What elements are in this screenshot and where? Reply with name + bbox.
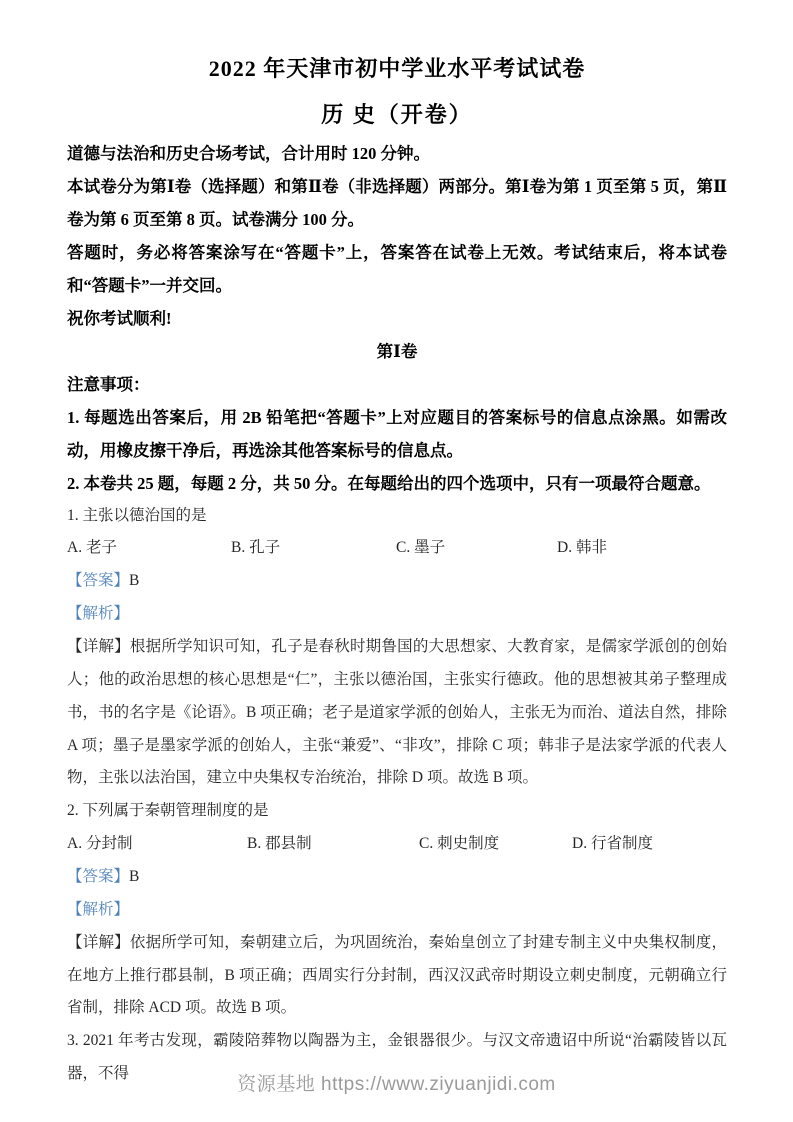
page-title: 2022 年天津市初中学业水平考试试卷 <box>67 54 727 85</box>
detail-text: 根据所学知识可知，孔子是春秋时期鲁国的大思想家、大教育家，是儒家学派创的创始人；… <box>67 638 727 786</box>
answer-line: 【答案】B <box>67 565 727 598</box>
option-c: C. 刺史制度 <box>419 828 572 861</box>
options-row: A. 老子 B. 孔子 C. 墨子 D. 韩非 <box>67 532 727 565</box>
detail-label: 【详解】 <box>67 934 130 951</box>
answer-line: 【答案】B <box>67 861 727 894</box>
question-stem: 1. 主张以德治国的是 <box>67 500 727 533</box>
option-b: B. 郡县制 <box>247 828 419 861</box>
intro-paragraph-exam-time: 道德与法治和历史合场考试，合计用时 120 分钟。 <box>67 137 727 170</box>
notice-item-2: 2. 本卷共 25 题，每题 2 分，共 50 分。在每题给出的四个选项中，只有… <box>67 467 727 500</box>
intro-paragraph-structure: 本试卷分为第Ⅰ卷（选择题）和第Ⅱ卷（非选择题）两部分。第Ⅰ卷为第 1 页至第 5… <box>67 170 727 236</box>
intro-paragraph-answer-sheet: 答题时，务必将答案涂写在“答题卡”上，答案答在试卷上无效。考试结束后，将本试卷和… <box>67 236 727 302</box>
option-a: A. 分封制 <box>67 828 247 861</box>
analysis-label: 【解析】 <box>67 901 129 918</box>
page-subtitle: 历 史（开卷） <box>67 100 727 131</box>
options-row: A. 分封制 B. 郡县制 C. 刺史制度 D. 行省制度 <box>67 828 727 861</box>
detail-paragraph: 【详解】根据所学知识可知，孔子是春秋时期鲁国的大思想家、大教育家，是儒家学派创的… <box>67 631 727 795</box>
answer-label: 【答案】 <box>67 572 129 589</box>
detail-paragraph: 【详解】依据所学可知，秦朝建立后，为巩固统治，秦始皇创立了封建专制主义中央集权制… <box>67 927 727 1026</box>
question-block-1: 1. 主张以德治国的是 A. 老子 B. 孔子 C. 墨子 D. 韩非 【答案】… <box>67 500 727 796</box>
notice-heading: 注意事项： <box>67 368 727 401</box>
question-stem: 2. 下列属于秦朝管理制度的是 <box>67 795 727 828</box>
section-heading-volume-1: 第Ⅰ卷 <box>67 335 727 368</box>
intro-paragraph-good-luck: 祝你考试顺利! <box>67 302 727 335</box>
question-block-2: 2. 下列属于秦朝管理制度的是 A. 分封制 B. 郡县制 C. 刺史制度 D.… <box>67 795 727 1025</box>
notice-item-1: 1. 每题选出答案后，用 2B 铅笔把“答题卡”上对应题目的答案标号的信息点涂黑… <box>67 401 727 467</box>
analysis-line: 【解析】 <box>67 894 727 927</box>
option-d: D. 韩非 <box>557 532 727 565</box>
exam-paper-page: 2022 年天津市初中学业水平考试试卷 历 史（开卷） 道德与法治和历史合场考试… <box>0 0 793 1122</box>
option-d: D. 行省制度 <box>572 828 727 861</box>
option-b: B. 孔子 <box>231 532 396 565</box>
option-a: A. 老子 <box>67 532 231 565</box>
detail-text: 依据所学可知，秦朝建立后，为巩固统治，秦始皇创立了封建专制主义中央集权制度，在地… <box>67 934 727 1017</box>
answer-value: B <box>129 868 139 885</box>
analysis-line: 【解析】 <box>67 598 727 631</box>
detail-label: 【详解】 <box>67 638 130 655</box>
analysis-label: 【解析】 <box>67 605 129 622</box>
answer-label: 【答案】 <box>67 868 129 885</box>
option-c: C. 墨子 <box>396 532 557 565</box>
answer-value: B <box>129 572 139 589</box>
footer-credit: 资源基地 https://www.ziyuanjidi.com <box>0 1069 793 1096</box>
